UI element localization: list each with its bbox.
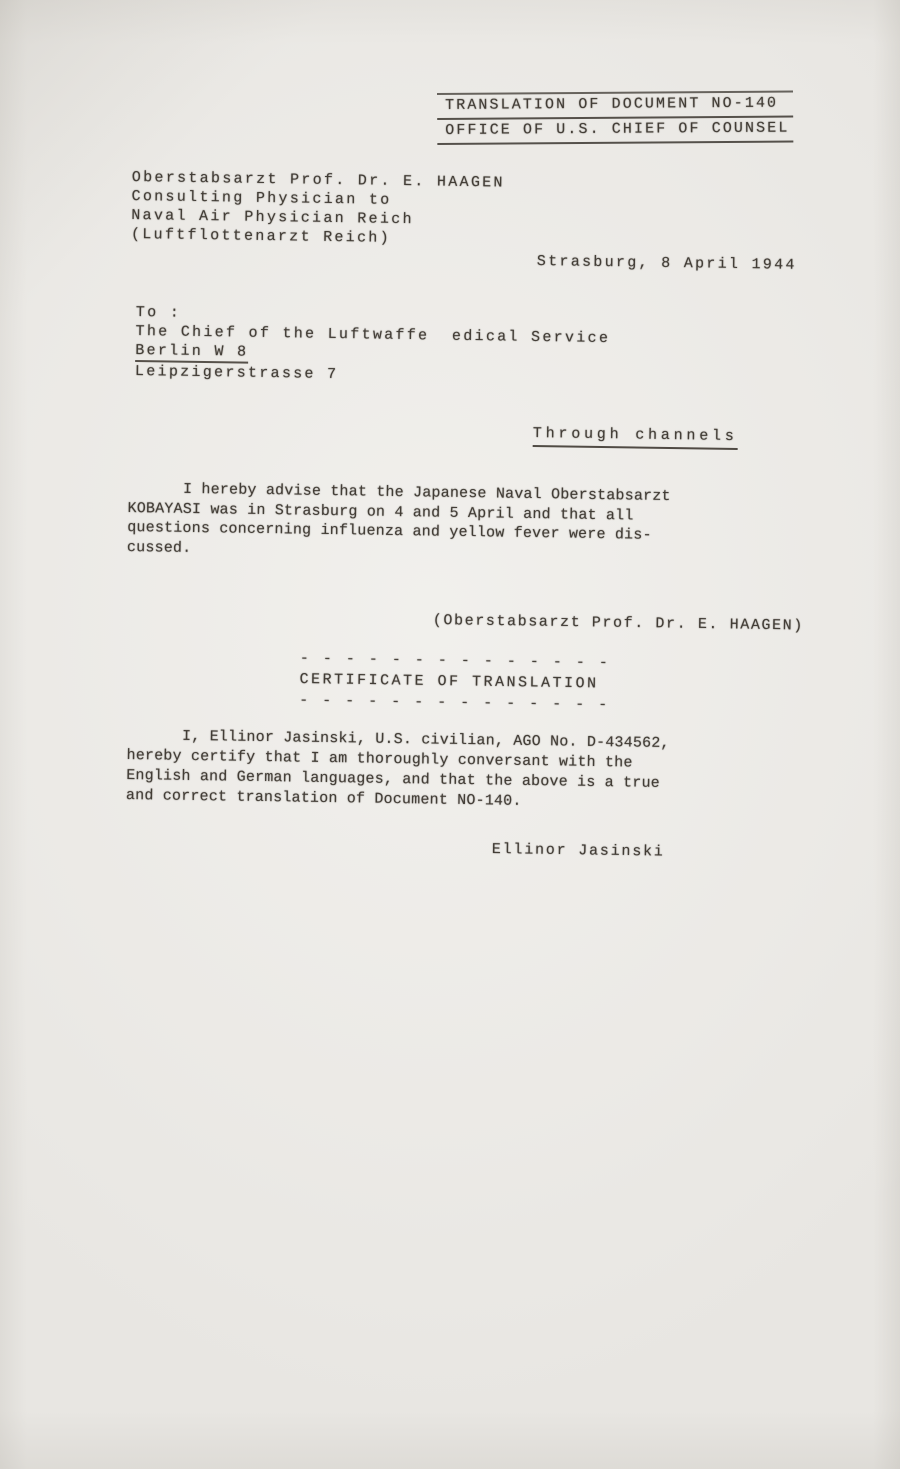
sender-block: Oberstabsarzt Prof. Dr. E. HAAGEN Consul…: [131, 168, 505, 250]
header-stamp: TRANSLATION OF DOCUMENT NO-140 OFFICE OF…: [437, 91, 793, 145]
translator-signature: Ellinor Jasinski: [492, 840, 665, 862]
dateline: Strasburg, 8 April 1944: [537, 252, 797, 275]
sender-signature-line: (Oberstabsarzt Prof. Dr. E. HAAGEN): [433, 611, 804, 636]
stamp-title-line: TRANSLATION OF DOCUMENT NO-140: [437, 91, 793, 120]
recipient-street: Leipzigerstrasse 7: [135, 362, 610, 388]
recipient-city: Berlin W 8: [135, 341, 248, 364]
document-page: TRANSLATION OF DOCUMENT NO-140 OFFICE OF…: [0, 0, 900, 1469]
certificate-paragraph: I, Ellinor Jasinski, U.S. civilian, AGO …: [126, 726, 670, 814]
certificate-heading: - - - - - - - - - - - - - - CERTIFICATE …: [299, 648, 610, 716]
recipient-block: To : The Chief of the Luftwaffe edical S…: [135, 303, 611, 388]
stamp-office-line: OFFICE OF U.S. CHIEF OF COUNSEL: [437, 118, 793, 145]
dashed-rule-bottom: - - - - - - - - - - - - - -: [299, 690, 610, 716]
body-paragraph: I hereby advise that the Japanese Naval …: [127, 479, 671, 565]
subject-through-channels: Through channels: [533, 424, 738, 450]
